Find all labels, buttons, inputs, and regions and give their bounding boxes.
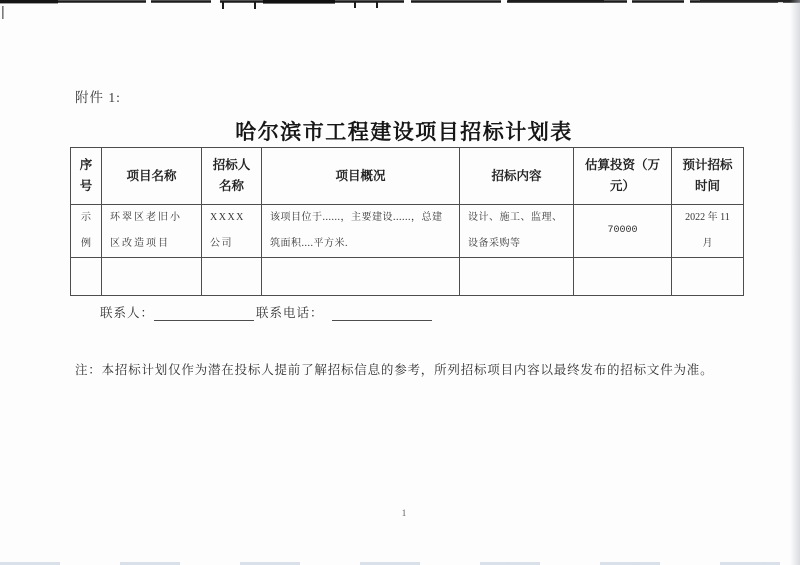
header-project-name: 项目名称	[102, 148, 202, 205]
table-row-example: 示例 环翠区老旧小区改造项目 XXXX 公司 该项目位于......，主要建设.…	[71, 205, 744, 258]
cell-investment	[574, 258, 672, 296]
cell-bidding-content: 设计、施工、监理、设备采购等	[460, 205, 574, 258]
contact-phone-field[interactable]	[332, 306, 432, 321]
cell-seq	[71, 258, 102, 296]
cell-overview: 该项目位于......，主要建设......，总建筑面积....平方米.	[262, 205, 460, 258]
bidding-plan-table: 序号 项目名称 招标人名称 项目概况 招标内容 估算投资（万元） 预计招标时间 …	[70, 147, 744, 296]
scan-artifact-top	[0, 0, 800, 22]
cell-project-name: 环翠区老旧小区改造项目	[102, 205, 202, 258]
scan-shadow-right	[790, 0, 800, 565]
table-header-row: 序号 项目名称 招标人名称 项目概况 招标内容 估算投资（万元） 预计招标时间	[71, 148, 744, 205]
cell-overview	[262, 258, 460, 296]
cell-bidder-name: XXXX 公司	[202, 205, 262, 258]
header-investment: 估算投资（万元）	[574, 148, 672, 205]
header-seq: 序号	[71, 148, 102, 205]
header-bidding-time: 预计招标时间	[672, 148, 744, 205]
cell-project-name	[102, 258, 202, 296]
header-overview: 项目概况	[262, 148, 460, 205]
contact-person-field[interactable]	[154, 306, 254, 321]
table-row-blank	[71, 258, 744, 296]
page-number: 1	[0, 508, 800, 518]
cell-bidding-content	[460, 258, 574, 296]
scanned-document-page: 附件 1: 哈尔滨市工程建设项目招标计划表 序号 项目名称 招标人名称 项目概况…	[0, 0, 800, 565]
cell-bidder-name	[202, 258, 262, 296]
cell-bidding-time: 2022 年 11 月	[672, 205, 744, 258]
cell-investment: 70000	[574, 205, 672, 258]
cell-seq: 示例	[71, 205, 102, 258]
header-bidding-content: 招标内容	[460, 148, 574, 205]
document-title: 哈尔滨市工程建设项目招标计划表	[0, 116, 800, 146]
contact-line: 联系人： 联系电话：	[100, 303, 432, 321]
contact-phone-label: 联系电话：	[256, 303, 324, 321]
attachment-label: 附件 1:	[75, 86, 121, 106]
note-text: 注：本招标计划仅作为潜在投标人提前了解招标信息的参考，所列招标项目内容以最终发布…	[75, 360, 775, 378]
contact-person-label: 联系人：	[100, 303, 154, 321]
cell-bidding-time	[672, 258, 744, 296]
header-bidder-name: 招标人名称	[202, 148, 262, 205]
